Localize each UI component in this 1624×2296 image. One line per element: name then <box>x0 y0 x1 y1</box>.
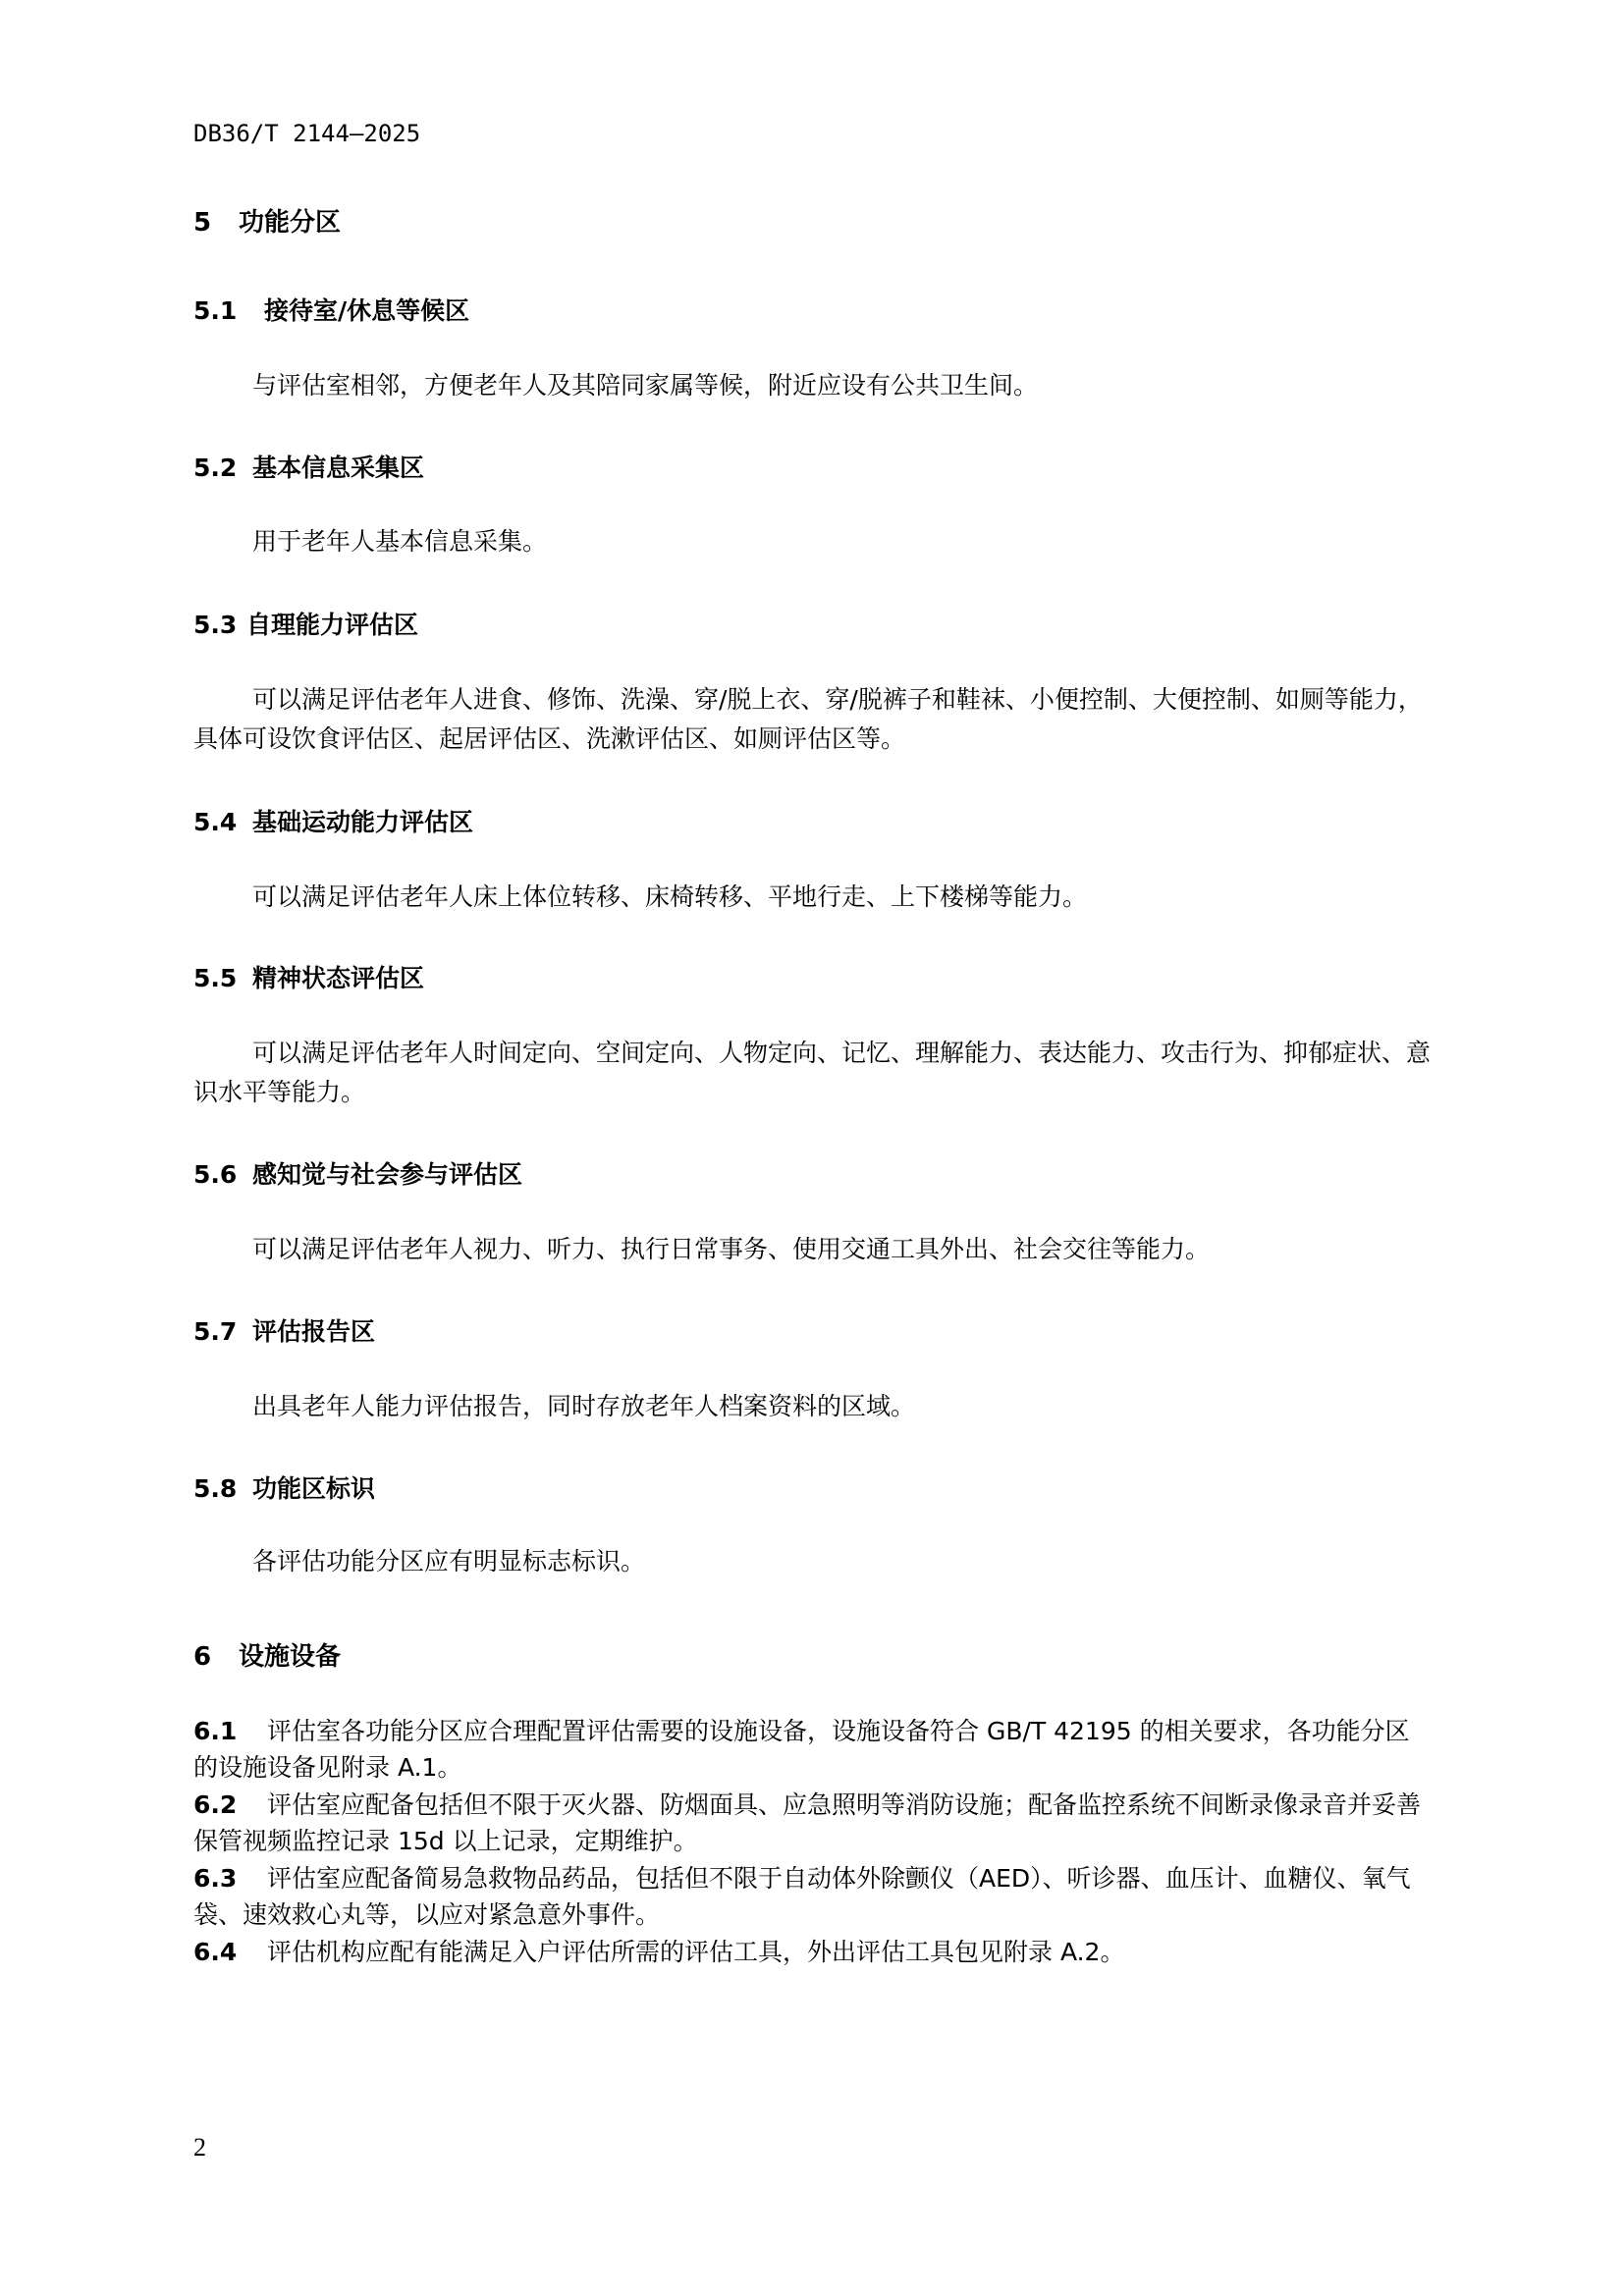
subsection-title: 自理能力评估区 <box>246 611 418 639</box>
subsection-title: 精神状态评估区 <box>252 964 424 992</box>
clause-6-2: 6.2评估室应配备包括但不限于灭火器、防烟面具、应急照明等消防设施；配备监控系统… <box>193 1787 1431 1859</box>
subsection-5-6-heading: 5.6感知觉与社会参与评估区 <box>193 1155 522 1191</box>
subsection-5-1-heading: 5.1接待室/休息等候区 <box>193 292 469 327</box>
subsection-number: 5.6 <box>193 1160 252 1189</box>
subsection-number: 5.1 <box>193 296 264 325</box>
subsection-5-1-body: 与评估室相邻，方便老年人及其陪同家属等候，附近应设有公共卫生间。 <box>193 366 1431 405</box>
standard-code: DB36/T 2144—2025 <box>193 120 420 147</box>
clause-text: 评估室各功能分区应合理配置评估需要的设施设备，设施设备符合 GB/T 42195… <box>193 1717 1410 1782</box>
subsection-5-7-heading: 5.7评估报告区 <box>193 1312 375 1348</box>
subsection-5-2-body: 用于老年人基本信息采集。 <box>193 522 1431 561</box>
clause-text: 评估室应配备包括但不限于灭火器、防烟面具、应急照明等消防设施；配备监控系统不间断… <box>193 1790 1421 1855</box>
clause-number: 6.2 <box>193 1787 267 1823</box>
section-title: 功能分区 <box>239 208 341 238</box>
paragraph-text: 与评估室相邻，方便老年人及其陪同家属等候，附近应设有公共卫生间。 <box>193 371 1038 400</box>
clause-number: 6.1 <box>193 1713 267 1749</box>
clause-6-1: 6.1评估室各功能分区应合理配置评估需要的设施设备，设施设备符合 GB/T 42… <box>193 1713 1431 1786</box>
section-title: 设施设备 <box>239 1642 341 1672</box>
section-number: 6 <box>193 1642 239 1672</box>
subsection-5-4-body: 可以满足评估老年人床上体位转移、床椅转移、平地行走、上下楼梯等能力。 <box>193 878 1431 917</box>
paragraph-text: 用于老年人基本信息采集。 <box>193 527 547 556</box>
subsection-title: 评估报告区 <box>252 1317 375 1346</box>
subsection-number: 5.7 <box>193 1317 252 1346</box>
subsection-5-5-body: 可以满足评估老年人时间定向、空间定向、人物定向、记忆、理解能力、表达能力、攻击行… <box>193 1034 1431 1112</box>
paragraph-text: 可以满足评估老年人床上体位转移、床椅转移、平地行走、上下楼梯等能力。 <box>193 882 1087 911</box>
paragraph-text: 各评估功能分区应有明显标志标识。 <box>193 1547 645 1575</box>
subsection-5-4-heading: 5.4基础运动能力评估区 <box>193 803 473 838</box>
subsection-number: 5.8 <box>193 1474 252 1503</box>
section-5-heading: 5功能分区 <box>193 202 341 239</box>
subsection-5-5-heading: 5.5精神状态评估区 <box>193 959 424 994</box>
section-6-heading: 6设施设备 <box>193 1636 341 1673</box>
page-number: 2 <box>193 2133 206 2163</box>
subsection-title: 感知觉与社会参与评估区 <box>252 1160 522 1189</box>
clause-text: 评估室应配备简易急救物品药品，包括但不限于自动体外除颤仪（AED）、听诊器、血压… <box>193 1864 1411 1929</box>
subsection-5-6-body: 可以满足评估老年人视力、听力、执行日常事务、使用交通工具外出、社会交往等能力。 <box>193 1230 1431 1269</box>
subsection-5-8-body: 各评估功能分区应有明显标志标识。 <box>193 1542 1431 1581</box>
subsection-number: 5.4 <box>193 808 252 836</box>
subsection-title: 基本信息采集区 <box>252 454 424 482</box>
section-number: 5 <box>193 208 239 238</box>
clause-text: 评估机构应配有能满足入户评估所需的评估工具，外出评估工具包见附录 A.2。 <box>267 1938 1124 1966</box>
clause-number: 6.4 <box>193 1934 267 1970</box>
subsection-5-7-body: 出具老年人能力评估报告，同时存放老年人档案资料的区域。 <box>193 1387 1431 1426</box>
subsection-number: 5.5 <box>193 964 252 992</box>
subsection-number: 5.3 <box>193 611 246 639</box>
subsection-5-8-heading: 5.8功能区标识 <box>193 1469 375 1505</box>
paragraph-text: 出具老年人能力评估报告，同时存放老年人档案资料的区域。 <box>193 1392 915 1420</box>
subsection-number: 5.2 <box>193 454 252 482</box>
clause-6-3: 6.3评估室应配备简易急救物品药品，包括但不限于自动体外除颤仪（AED）、听诊器… <box>193 1860 1431 1933</box>
subsection-5-3-heading: 5.3自理能力评估区 <box>193 606 418 641</box>
subsection-title: 接待室/休息等候区 <box>264 296 469 325</box>
clause-number: 6.3 <box>193 1860 267 1896</box>
paragraph-text: 可以满足评估老年人视力、听力、执行日常事务、使用交通工具外出、社会交往等能力。 <box>193 1235 1210 1263</box>
clause-6-4: 6.4评估机构应配有能满足入户评估所需的评估工具，外出评估工具包见附录 A.2。 <box>193 1934 1431 1970</box>
subsection-5-3-body: 可以满足评估老年人进食、修饰、洗澡、穿/脱上衣、穿/脱裤子和鞋袜、小便控制、大便… <box>193 680 1431 759</box>
subsection-title: 基础运动能力评估区 <box>252 808 473 836</box>
subsection-title: 功能区标识 <box>252 1474 375 1503</box>
subsection-5-2-heading: 5.2基本信息采集区 <box>193 449 424 484</box>
